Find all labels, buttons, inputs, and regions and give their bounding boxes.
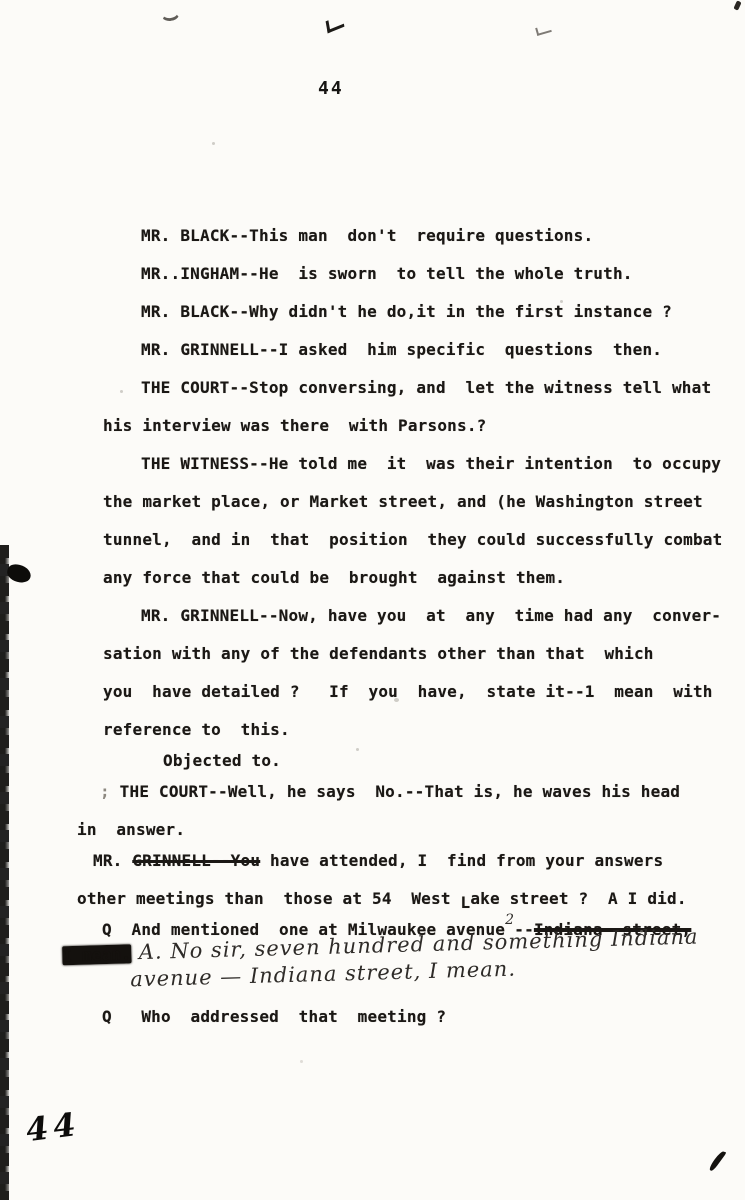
- scan-artifact-speck: [212, 142, 215, 145]
- text-segment: THE WITNESS--He told me it was their int…: [141, 454, 721, 473]
- text-segment: MR. BLACK--Why didn't he do,it in the fi…: [141, 302, 672, 321]
- page-number: 44: [318, 78, 378, 99]
- text-segment: MR. GRINNELL--Now, have you at any time …: [141, 606, 721, 625]
- text-segment: MR..INGHAM--He is sworn to tell the whol…: [141, 264, 633, 283]
- transcript-line: reference to this.: [0, 720, 745, 751]
- text-segment-strike: GRINNELL--You: [132, 851, 260, 870]
- transcript-line: his interview was there with Parsons.?: [0, 416, 745, 454]
- text-segment: tunnel, and in that position they could …: [103, 530, 722, 549]
- transcript-line: Objected to.: [0, 751, 745, 782]
- text-segment: you have detailed ? If you have, state i…: [103, 682, 713, 701]
- text-segment: MR. GRINNELL--I asked him specific quest…: [141, 340, 662, 359]
- transcript-line: the market place, or Market street, and …: [0, 492, 745, 530]
- text-segment: any force that could be brought against …: [103, 568, 565, 587]
- scan-artifact-speck: [356, 748, 359, 751]
- scan-artifact-tick: [535, 24, 552, 36]
- text-segment: have attended, I find from your answers: [260, 851, 663, 870]
- scan-artifact-speck: [300, 1060, 303, 1063]
- text-segment: THE COURT--Stop conversing, and let the …: [141, 378, 711, 397]
- text-segment: MR.: [93, 851, 132, 870]
- scan-artifact-speck: [394, 698, 399, 702]
- text-segment: ake street ? A I did.: [470, 889, 686, 908]
- transcript-text-block: MR. BLACK--This man don't require questi…: [0, 226, 745, 1045]
- scan-artifact-left-edge: [0, 545, 9, 1200]
- transcript-line: MR..INGHAM--He is sworn to tell the whol…: [0, 264, 745, 302]
- text-segment: in answer.: [77, 820, 185, 839]
- text-segment: the market place, or Market street, and …: [103, 492, 703, 511]
- text-segment-faint: ;: [100, 782, 120, 801]
- transcript-line: MR. BLACK--This man don't require questi…: [0, 226, 745, 264]
- scan-artifact-speck: [560, 300, 563, 303]
- scan-artifact-top-curve: [159, 3, 181, 23]
- text-segment: Q Who addressed that meeting ?: [102, 1007, 446, 1026]
- transcript-line: Q Who addressed that meeting ?: [0, 1007, 745, 1045]
- transcript-line: other meetings than those at 54 West Lak…: [0, 889, 745, 920]
- text-segment-blackout: I mean.: [62, 944, 131, 965]
- scan-artifact-checkmark: [326, 15, 345, 34]
- text-segment: sation with any of the defendants other …: [103, 644, 654, 663]
- transcript-line: THE COURT--Stop conversing, and let the …: [0, 378, 745, 416]
- transcript-line: MR. BLACK--Why didn't he do,it in the fi…: [0, 302, 745, 340]
- text-segment: THE COURT--Well, he says No.--That is, h…: [120, 782, 680, 801]
- transcript-line: THE WITNESS--He told me it was their int…: [0, 454, 745, 492]
- text-segment: MR. BLACK--This man don't require questi…: [141, 226, 593, 245]
- text-segment: his interview was there with Parsons.?: [103, 416, 486, 435]
- scanned-page: { "page": { "number_top": "44", "number_…: [0, 0, 745, 1200]
- text-segment-sup: 2: [505, 912, 514, 928]
- handwritten-page-number: 44: [24, 1105, 83, 1149]
- transcript-line: MR. GRINNELL--I asked him specific quest…: [0, 340, 745, 378]
- text-segment: reference to this.: [103, 720, 290, 739]
- text-segment: Objected to.: [163, 751, 281, 770]
- text-segment-sub: L: [460, 893, 470, 912]
- transcript-line: you have detailed ? If you have, state i…: [0, 682, 745, 720]
- transcript-line: ; THE COURT--Well, he says No.--That is,…: [0, 782, 745, 820]
- transcript-line: tunnel, and in that position they could …: [0, 530, 745, 568]
- transcript-line: sation with any of the defendants other …: [0, 644, 745, 682]
- transcript-line: MR. GRINNELL--Now, have you at any time …: [0, 606, 745, 644]
- document-page: 44 MR. BLACK--This man don't require que…: [0, 0, 745, 1200]
- transcript-line: in answer.: [0, 820, 745, 851]
- scan-artifact-bottom-mark: [707, 1151, 726, 1172]
- text-segment: other meetings than those at 54 West: [77, 889, 460, 908]
- transcript-line: MR. GRINNELL--You have attended, I find …: [0, 851, 745, 889]
- transcript-line: any force that could be brought against …: [0, 568, 745, 606]
- scan-artifact-speck: [120, 390, 123, 393]
- scan-artifact-corner-mark: [733, 0, 741, 10]
- scan-artifact-speck: [640, 930, 643, 933]
